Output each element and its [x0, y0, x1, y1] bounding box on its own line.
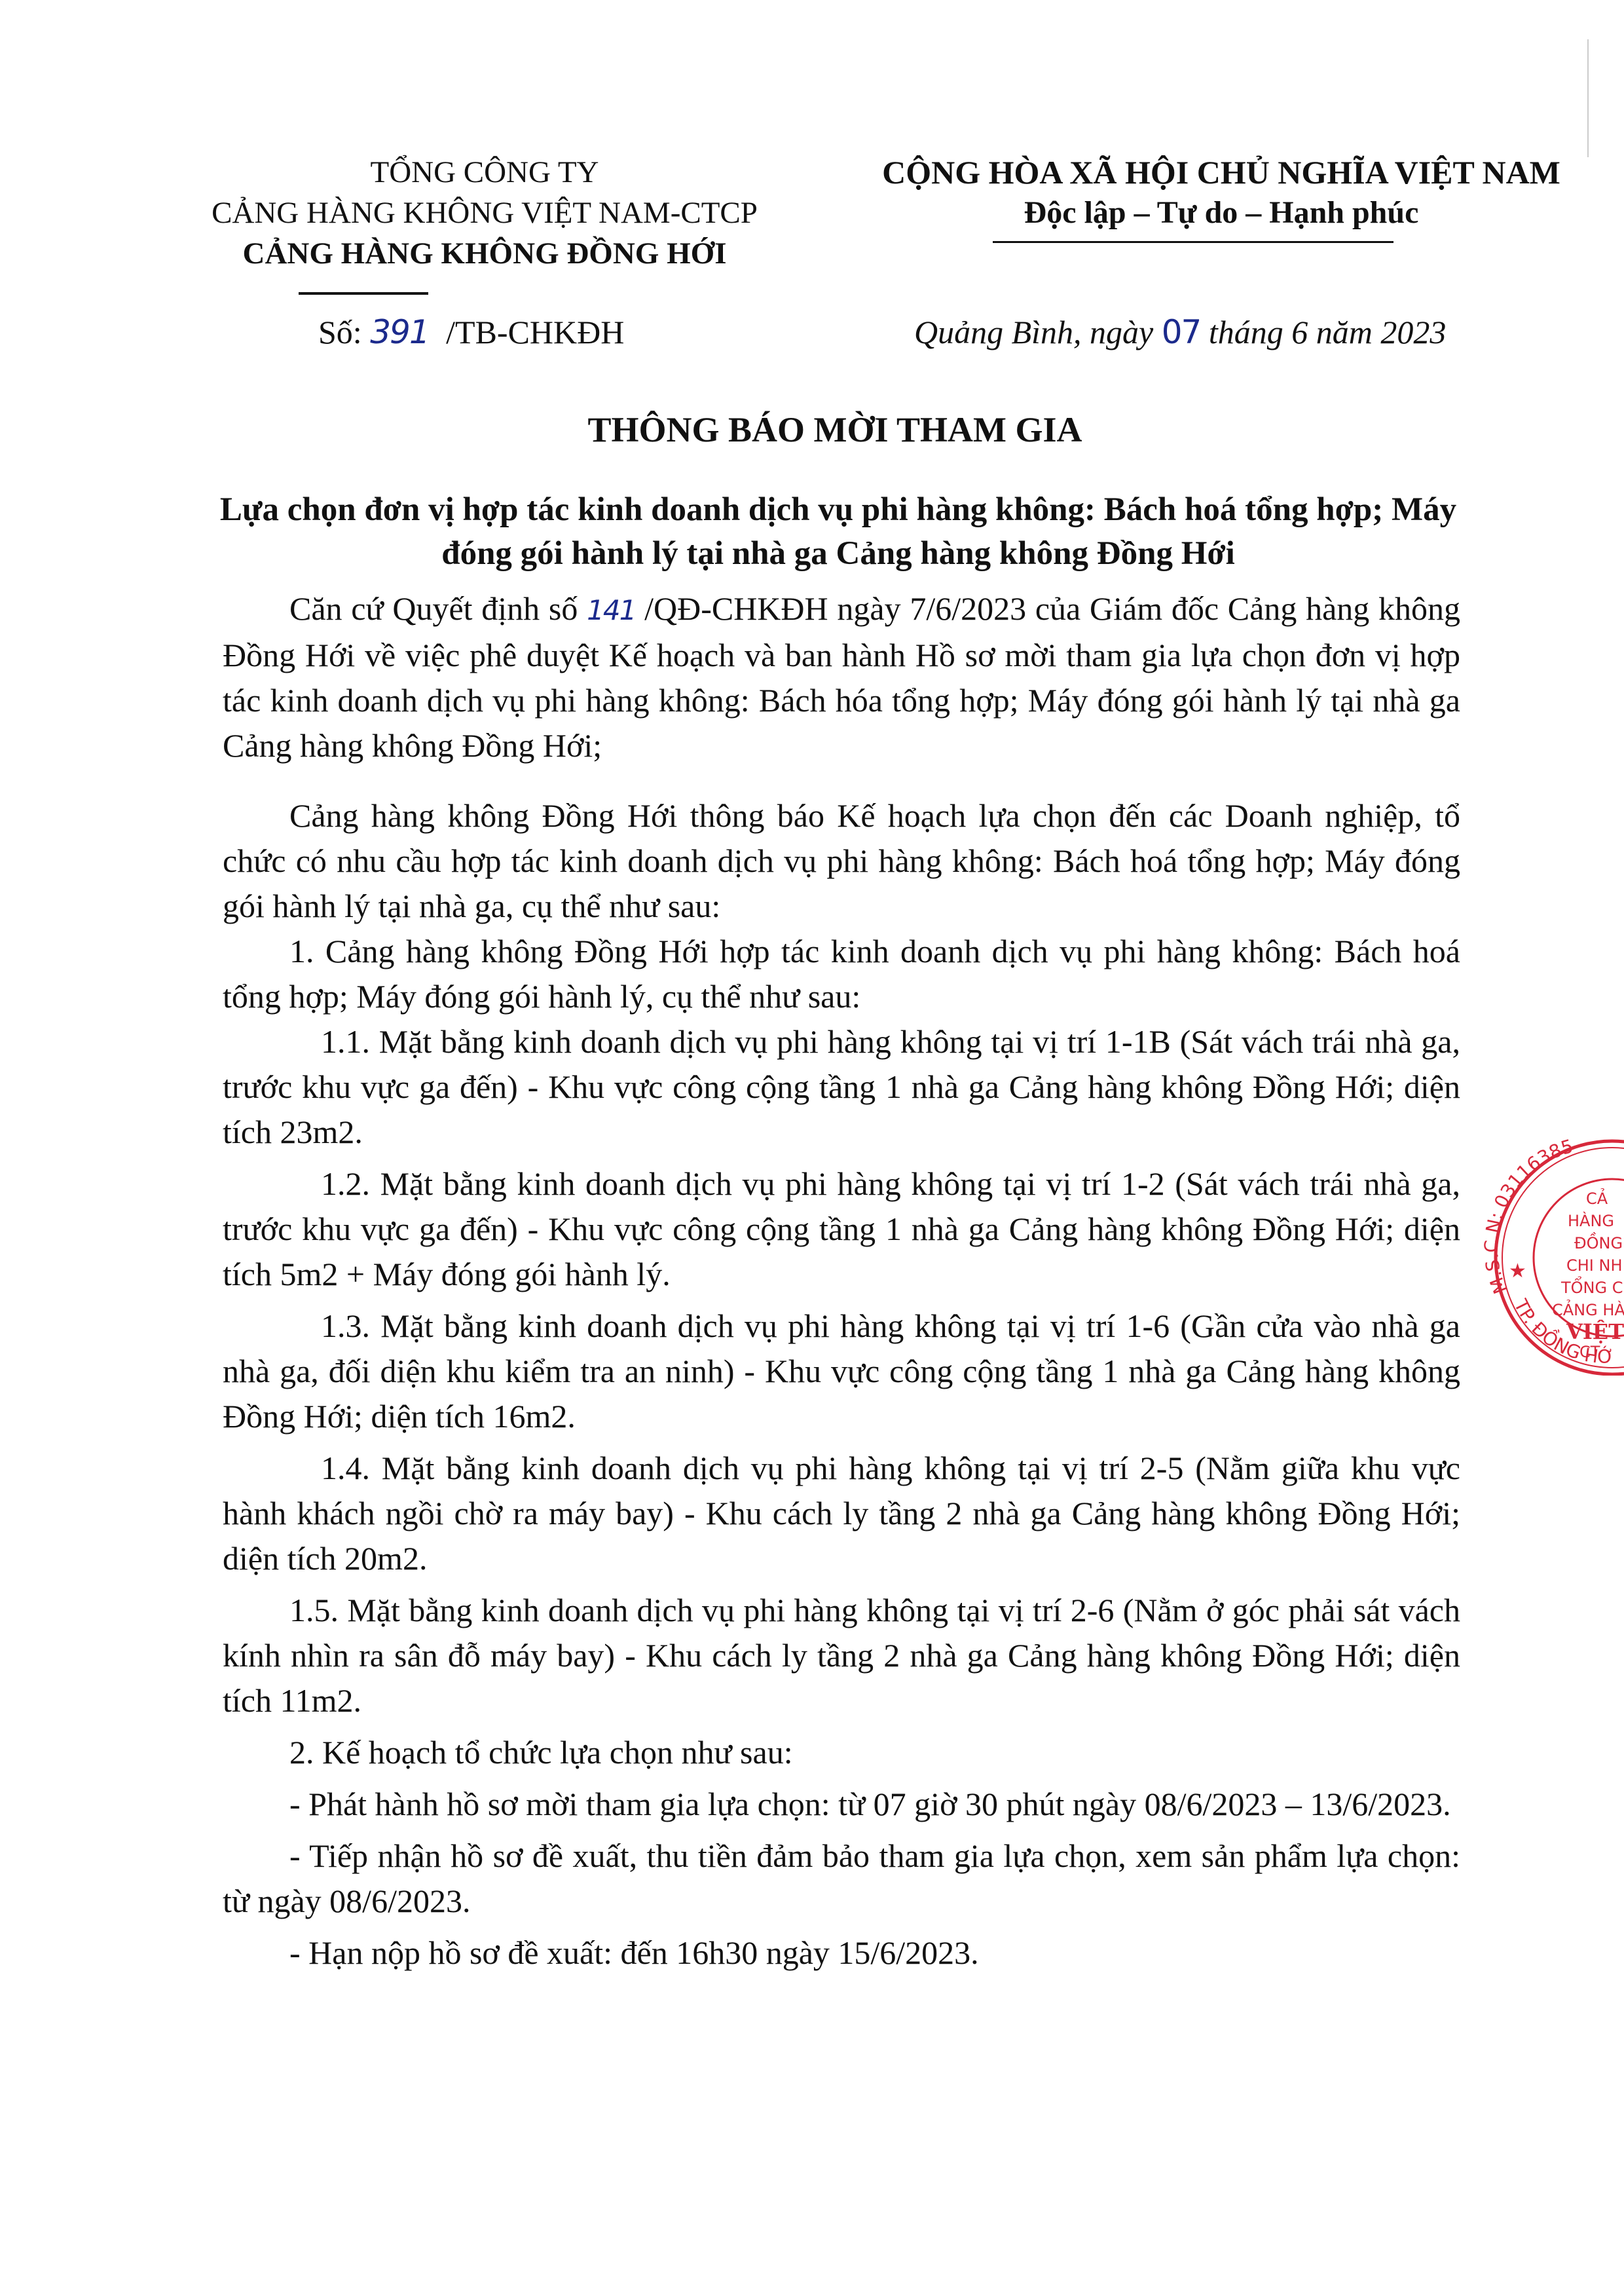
item-1-2: 1.2. Mặt bằng kinh doanh dịch vụ phi hàn… [223, 1161, 1460, 1297]
section-1: 1. Cảng hàng không Đồng Hới hợp tác kinh… [223, 929, 1460, 1019]
national-motto: Độc lập – Tự do – Hạnh phúc [819, 193, 1624, 233]
org-name: CẢNG HÀNG KHÔNG ĐỒNG HỚI [151, 233, 819, 274]
legal-basis: Căn cứ Quyết định số 141 /QĐ-CHKĐH ngày … [223, 586, 1460, 768]
document-body: Căn cứ Quyết định số 141 /QĐ-CHKĐH ngày … [223, 586, 1460, 1976]
svg-text:★: ★ [1509, 1260, 1526, 1283]
item-1-5: 1.5. Mặt bằng kinh doanh dịch vụ phi hàn… [223, 1588, 1460, 1723]
section-2: 2. Kế hoạch tổ chức lựa chọn như sau: [223, 1730, 1460, 1775]
document-number-handwritten: 391 [370, 313, 428, 351]
document-number: Số: 391 /TB-CHKĐH [318, 313, 624, 351]
day-handwritten: 07 [1162, 313, 1201, 351]
national-header: CỘNG HÒA XÃ HỘI CHỦ NGHĨA VIỆT NAM Độc l… [819, 152, 1624, 233]
issuing-organization: TỔNG CÔNG TY CẢNG HÀNG KHÔNG VIỆT NAM-CT… [151, 152, 819, 274]
item-1-1: 1.1. Mặt bằng kinh doanh dịch vụ phi hàn… [223, 1019, 1460, 1155]
intro-paragraph: Cảng hàng không Đồng Hới thông báo Kế ho… [223, 793, 1460, 929]
stamp-seal-icon: M.S.C.N: 03116385 ★ TP. ĐỒNG HỚI CẢ HÀNG… [1481, 1127, 1624, 1376]
svg-text:M.S.C.N: 03116385: M.S.C.N: 03116385 [1481, 1135, 1576, 1297]
document-number-label: Số: [318, 314, 362, 350]
decision-number-handwritten: 141 [587, 594, 635, 626]
legal-basis-prefix: Căn cứ Quyết định số [289, 590, 578, 627]
svg-text:CẢNG HÀN: CẢNG HÀN [1552, 1299, 1624, 1319]
svg-text:VIỆT: VIỆT [1566, 1319, 1624, 1344]
official-stamp: M.S.C.N: 03116385 ★ TP. ĐỒNG HỚI CẢ HÀNG… [1481, 1127, 1624, 1376]
svg-text:CẢ: CẢ [1586, 1188, 1608, 1208]
svg-text:TỔNG C: TỔNG C [1560, 1275, 1623, 1297]
svg-text:ĐỒNG: ĐỒNG [1574, 1231, 1623, 1252]
schedule-receive: - Tiếp nhận hồ sơ đề xuất, thu tiền đảm … [223, 1833, 1460, 1924]
place-date-suffix: tháng 6 năm 2023 [1209, 314, 1447, 350]
schedule-deadline: - Hạn nộp hồ sơ đề xuất: đến 16h30 ngày … [223, 1930, 1460, 1976]
org-parent-line2: CẢNG HÀNG KHÔNG VIỆT NAM-CTCP [151, 193, 819, 233]
org-underline [299, 292, 428, 295]
svg-text:HÀNG: HÀNG [1568, 1211, 1614, 1230]
place-date: Quảng Bình, ngày 07 tháng 6 năm 2023 [914, 313, 1446, 351]
document-title: THÔNG BÁO MỜI THAM GIA [196, 409, 1473, 450]
schedule-issue: - Phát hành hồ sơ mời tham gia lựa chọn:… [223, 1782, 1460, 1827]
place-date-prefix: Quảng Bình, ngày [914, 314, 1153, 350]
item-1-4: 1.4. Mặt bằng kinh doanh dịch vụ phi hàn… [223, 1446, 1460, 1581]
svg-text:CT: CT [1579, 1343, 1600, 1361]
document-number-suffix: /TB-CHKĐH [446, 314, 624, 350]
svg-text:CHI NH: CHI NH [1566, 1256, 1623, 1275]
scan-edge-line [1587, 39, 1589, 157]
org-parent-line1: TỔNG CÔNG TY [151, 152, 819, 193]
document-subtitle: Lựa chọn đơn vị hợp tác kinh doanh dịch … [216, 488, 1460, 576]
item-1-3: 1.3. Mặt bằng kinh doanh dịch vụ phi hàn… [223, 1304, 1460, 1439]
motto-underline [993, 241, 1393, 243]
country-name: CỘNG HÒA XÃ HỘI CHỦ NGHĨA VIỆT NAM [819, 152, 1624, 193]
